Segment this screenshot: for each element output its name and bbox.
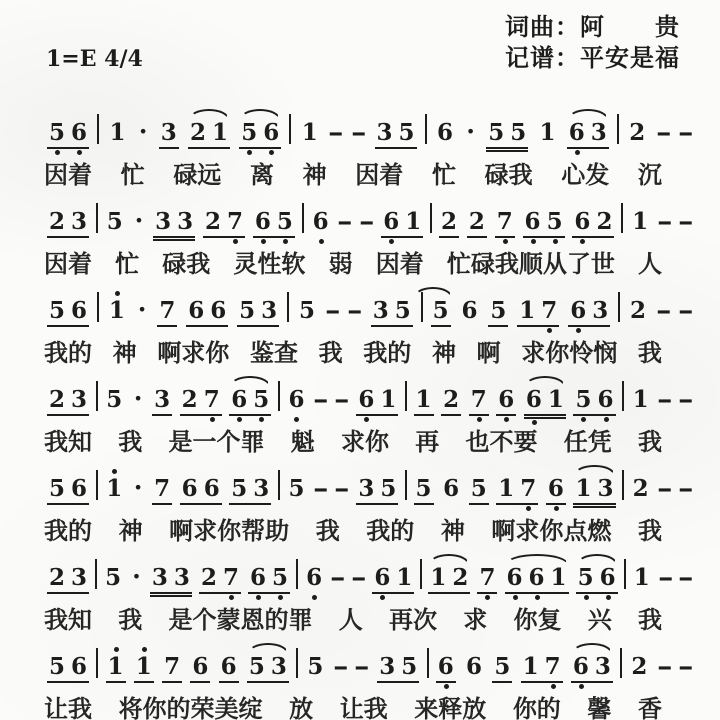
- note-digit: 6: [285, 388, 307, 411]
- note-group: 2: [440, 388, 462, 411]
- lyric-chunk: 你复: [514, 600, 562, 635]
- augmentation-dot: ·: [135, 297, 150, 322]
- note-group: 1: [103, 477, 125, 500]
- barline: [420, 559, 422, 589]
- note-digit: 5: [485, 121, 507, 144]
- note-group: 56: [46, 655, 90, 678]
- barline: [617, 114, 619, 144]
- note-group-slur: 61: [523, 388, 567, 411]
- note-digit: 1: [516, 299, 538, 322]
- note-digit: 5: [392, 299, 414, 322]
- note-group: -: [325, 299, 341, 322]
- note-digit: 2: [202, 210, 224, 233]
- note-digit: 3: [258, 299, 280, 322]
- note-group: 2: [627, 299, 649, 322]
- lyric-chunk: 香: [638, 689, 662, 720]
- note-group: 3: [158, 121, 180, 144]
- note-group: -: [334, 477, 350, 500]
- note-group: 61: [371, 566, 415, 589]
- note-group: 7: [151, 477, 173, 500]
- note-group: -: [328, 121, 344, 144]
- note-digit: 5: [46, 121, 68, 144]
- note-group-slur: 65: [228, 388, 272, 411]
- lyric-chunk: 任凭: [564, 422, 612, 457]
- note-digit: 6: [380, 210, 402, 233]
- lyric-chunk: 碌我: [162, 244, 210, 279]
- note-group: -: [313, 477, 329, 500]
- duration-dash: -: [673, 477, 699, 500]
- note-group: 56: [46, 299, 90, 322]
- note-digit: 2: [198, 566, 220, 589]
- music-system: 235·3327656--6122765621--因着忙碌我灵性软弱因着忙碌我顺…: [0, 183, 720, 272]
- lyric-chunk: 沉: [638, 155, 662, 190]
- note-digit: 5: [377, 477, 399, 500]
- note-digit: 1: [629, 210, 651, 233]
- lyric-chunk: 是一个罪: [169, 422, 265, 457]
- note-group: 2: [438, 210, 460, 233]
- lyric-chunk: 碌远: [173, 155, 221, 190]
- note-digit: 5: [104, 210, 126, 233]
- barline: [618, 292, 620, 322]
- note-group: ·: [131, 386, 146, 411]
- note-digit: 6: [68, 121, 90, 144]
- key-time-signature: 1=E 4/4: [46, 46, 143, 72]
- credits-transcriber: 记谱：平安是福: [505, 43, 680, 74]
- lyric-chunk: 再次: [389, 600, 437, 635]
- lyric-chunk: 忙: [121, 155, 145, 190]
- barline: [302, 203, 304, 233]
- note-digit: 1: [402, 210, 424, 233]
- note-digit: 6: [260, 121, 282, 144]
- note-group: -: [678, 477, 694, 500]
- note-group: 17: [516, 299, 560, 322]
- barline: [97, 114, 99, 144]
- duration-dash: -: [342, 299, 368, 322]
- note-digit: 6: [463, 655, 485, 678]
- duration-dash: -: [673, 121, 699, 144]
- note-group: 2: [626, 121, 648, 144]
- note-group: ·: [135, 297, 150, 322]
- note-digit: 6: [228, 388, 250, 411]
- duration-dash: -: [673, 566, 699, 589]
- note-group: -: [658, 566, 674, 589]
- lyric-chunk: 我: [638, 511, 662, 546]
- note-group: 6: [545, 477, 567, 500]
- notation-line: 5611766535--3566517632--: [0, 628, 720, 678]
- note-digit: 7: [201, 388, 223, 411]
- note-digit: 6: [522, 210, 544, 233]
- note-group: -: [334, 388, 350, 411]
- note-digit: 2: [179, 388, 201, 411]
- note-group: 35: [376, 655, 420, 678]
- lyric-chunk: 是个蒙恩的罪: [169, 600, 313, 635]
- note-digit: 6: [435, 655, 457, 678]
- note-group: -: [657, 655, 673, 678]
- note-digit: 6: [355, 388, 377, 411]
- note-digit: 7: [538, 299, 560, 322]
- note-digit: 7: [542, 655, 564, 678]
- note-digit: 5: [236, 299, 258, 322]
- note-group: 5: [304, 655, 326, 678]
- note-digit: 3: [589, 299, 611, 322]
- note-digit: 2: [466, 210, 488, 233]
- lyric-chunk: 离: [250, 155, 274, 190]
- lyric-chunk: 我知: [44, 422, 92, 457]
- note-digit: 2: [46, 210, 68, 233]
- lyric-chunk: 求: [463, 600, 487, 635]
- note-digit: 6: [68, 299, 90, 322]
- lyric-chunk: 我的: [44, 511, 92, 546]
- note-group: 17: [520, 655, 564, 678]
- barline: [96, 470, 98, 500]
- note-digit: 2: [627, 299, 649, 322]
- note-digit: 1: [106, 299, 128, 322]
- note-digit: 5: [238, 121, 260, 144]
- note-group: 1: [133, 655, 155, 678]
- note-digit: 6: [571, 210, 593, 233]
- notation-line: 235·3327656--61127661561--: [0, 539, 720, 589]
- credits-composer: 词曲：阿 贵: [505, 12, 680, 43]
- note-digit: 6: [371, 566, 393, 589]
- note-digit: 7: [151, 477, 173, 500]
- note-group: 1: [106, 299, 128, 322]
- lyric-chunk: 啊求你点燃: [491, 511, 611, 546]
- note-group: ·: [132, 208, 147, 233]
- note-group: 66: [185, 299, 229, 322]
- score: 561·321561--356·551632--因着忙碌远离神因着忙碌我心发沉2…: [0, 94, 720, 717]
- note-group: -: [354, 655, 370, 678]
- lyric-chunk: 人: [339, 600, 363, 635]
- note-digit: 5: [250, 388, 272, 411]
- note-digit: 3: [376, 655, 398, 678]
- note-digit: 3: [595, 477, 617, 500]
- note-group: 1: [537, 121, 559, 144]
- note-group: 6: [285, 388, 307, 411]
- lyric-chunk: 我: [118, 600, 142, 635]
- note-digit: 1: [545, 388, 567, 411]
- barline: [296, 648, 298, 678]
- note-digit: 5: [285, 477, 307, 500]
- note-group: 5: [103, 388, 125, 411]
- duration-dash: -: [329, 388, 355, 411]
- note-digit: 6: [567, 299, 589, 322]
- duration-dash: -: [673, 388, 699, 411]
- note-digit: 1: [299, 121, 321, 144]
- note-group: 5: [413, 477, 435, 500]
- lyric-chunk: 忙: [115, 244, 139, 279]
- note-digit: 3: [68, 566, 90, 589]
- note-group: 1: [631, 566, 653, 589]
- note-digit: 1: [630, 388, 652, 411]
- note-digit: 2: [440, 388, 462, 411]
- note-digit: 6: [434, 121, 456, 144]
- augmentation-dot: ·: [131, 475, 146, 500]
- note-digit: 3: [374, 121, 396, 144]
- notation-line: 561·766535--3556517632--: [0, 272, 720, 322]
- note-digit: 1: [537, 121, 559, 144]
- note-digit: 3: [592, 655, 614, 678]
- duration-dash: -: [349, 655, 375, 678]
- note-group: -: [313, 388, 329, 411]
- barline: [96, 203, 98, 233]
- note-group: 53: [236, 299, 280, 322]
- note-group: -: [656, 299, 672, 322]
- note-digit: 2: [593, 210, 615, 233]
- lyric-chunk: 神: [441, 511, 465, 546]
- lyric-chunk: 啊: [477, 333, 501, 368]
- note-group: ·: [136, 119, 151, 144]
- lyric-chunk: 我的: [44, 333, 92, 368]
- duration-dash: -: [353, 210, 379, 233]
- note-group: 5: [285, 477, 307, 500]
- note-group: -: [657, 388, 673, 411]
- note-digit: 1: [103, 477, 125, 500]
- note-digit: 7: [468, 388, 490, 411]
- note-digit: 5: [413, 477, 435, 500]
- lyric-chunk: 我的: [366, 511, 414, 546]
- note-digit: 6: [458, 299, 480, 322]
- note-digit: 6: [189, 655, 211, 678]
- note-group: 5: [491, 655, 513, 678]
- note-group: -: [359, 210, 375, 233]
- note-digit: 3: [68, 388, 90, 411]
- barline: [620, 648, 622, 678]
- lyric-chunk: 啊求你帮助: [169, 511, 289, 546]
- barline: [427, 648, 429, 678]
- note-digit: 5: [46, 655, 68, 678]
- lyric-chunk: 你的: [513, 689, 561, 720]
- note-group: 1: [413, 388, 435, 411]
- duration-dash: -: [673, 210, 699, 233]
- note-digit: 1: [520, 655, 542, 678]
- lyric-chunk: 再: [415, 422, 439, 457]
- note-digit: 6: [207, 299, 229, 322]
- note-group-slur: 661: [504, 566, 570, 589]
- lyric-chunk: 馨: [587, 689, 611, 720]
- barline: [405, 470, 407, 500]
- note-digit: 6: [68, 655, 90, 678]
- note-digit: 5: [507, 121, 529, 144]
- note-group: 5: [468, 477, 490, 500]
- note-digit: 2: [449, 566, 471, 589]
- note-digit: 5: [102, 566, 124, 589]
- note-digit: 7: [156, 299, 178, 322]
- credits-block: 词曲：阿 贵 记谱：平安是福: [505, 12, 680, 74]
- barline: [95, 559, 97, 589]
- lyrics-line: 让我将你的荣美绽放让我来释放你的馨香: [0, 678, 720, 720]
- lyric-chunk: 因着: [355, 155, 403, 190]
- note-digit: 6: [68, 477, 90, 500]
- note-digit: 5: [269, 566, 291, 589]
- note-digit: 1: [548, 566, 570, 589]
- note-digit: 3: [149, 566, 171, 589]
- note-group: 7: [468, 388, 490, 411]
- lyric-chunk: 因着: [44, 244, 92, 279]
- note-digit: 5: [46, 299, 68, 322]
- music-system: 561·766535--35565176132--我的神啊求你帮助我我的神啊求你…: [0, 450, 720, 539]
- barline: [278, 381, 280, 411]
- note-group: 61: [355, 388, 399, 411]
- note-group: -: [333, 655, 349, 678]
- note-group: 7: [494, 210, 516, 233]
- barline: [624, 559, 626, 589]
- note-group: -: [678, 655, 694, 678]
- note-digit: 6: [218, 655, 240, 678]
- note-digit: 7: [220, 566, 242, 589]
- note-digit: 6: [201, 477, 223, 500]
- note-group: 23: [46, 388, 90, 411]
- lyric-chunk: 忙: [432, 155, 456, 190]
- note-digit: 2: [438, 210, 460, 233]
- notation-line: 235·3327656--6122765621--: [0, 183, 720, 233]
- note-group: 35: [374, 121, 418, 144]
- note-group-slur: 56: [238, 121, 282, 144]
- note-group: -: [351, 566, 367, 589]
- lyric-chunk: 也不要: [466, 422, 538, 457]
- note-digit: 3: [250, 477, 272, 500]
- lyric-chunk: 来释放: [414, 689, 486, 720]
- note-digit: 5: [246, 655, 268, 678]
- note-digit: 1: [209, 121, 231, 144]
- note-group: 5: [296, 299, 318, 322]
- lyric-chunk: 啊求你: [157, 333, 229, 368]
- lyric-chunk: 弱: [329, 244, 353, 279]
- note-group: -: [678, 210, 694, 233]
- lyric-chunk: 我: [638, 600, 662, 635]
- note-digit: 3: [171, 566, 193, 589]
- note-group: -: [337, 210, 353, 233]
- note-group: 7: [156, 299, 178, 322]
- note-digit: 6: [252, 210, 274, 233]
- note-digit: 1: [105, 655, 127, 678]
- note-group-slur: 63: [566, 121, 610, 144]
- note-group-slur: 63: [570, 655, 614, 678]
- lyric-chunk: 我: [638, 333, 662, 368]
- note-group: 2: [466, 210, 488, 233]
- note-group: 65: [522, 210, 566, 233]
- note-digit: 5: [103, 388, 125, 411]
- barline: [296, 559, 298, 589]
- note-group: 6: [189, 655, 211, 678]
- note-group: 35: [355, 477, 399, 500]
- note-group: 2: [628, 655, 650, 678]
- lyric-chunk: 人: [638, 244, 662, 279]
- duration-dash: -: [673, 655, 699, 678]
- note-digit: 3: [588, 121, 610, 144]
- note-digit: 2: [187, 121, 209, 144]
- lyric-chunk: 神: [303, 155, 327, 190]
- note-group: 5: [487, 299, 509, 322]
- barline: [96, 648, 98, 678]
- duration-dash: -: [345, 566, 371, 589]
- note-digit: 5: [274, 210, 296, 233]
- note-digit: 6: [247, 566, 269, 589]
- note-digit: 1: [377, 388, 399, 411]
- note-group: -: [678, 566, 694, 589]
- lyric-chunk: 鉴查: [250, 333, 298, 368]
- note-digit: 6: [504, 566, 526, 589]
- lyric-chunk: 魁: [291, 422, 315, 457]
- note-digit: 6: [303, 566, 325, 589]
- music-system: 235·327656--61127661561--我知我是一个罪魁求你再也不要任…: [0, 361, 720, 450]
- note-digit: 3: [152, 210, 174, 233]
- lyric-chunk: 我: [638, 422, 662, 457]
- note-group: -: [656, 121, 672, 144]
- lyric-chunk: 因着: [376, 244, 424, 279]
- barline: [622, 381, 624, 411]
- note-group: 56: [46, 477, 90, 500]
- note-digit: 3: [174, 210, 196, 233]
- note-group: 6: [303, 566, 325, 589]
- note-group: ·: [131, 475, 146, 500]
- duration-dash: -: [673, 299, 699, 322]
- barline: [289, 114, 291, 144]
- note-group: 1: [107, 121, 129, 144]
- note-digit: 6: [495, 388, 517, 411]
- note-digit: 2: [628, 655, 650, 678]
- note-digit: 3: [268, 655, 290, 678]
- note-group: -: [347, 299, 363, 322]
- note-digit: 6: [597, 566, 619, 589]
- lyric-chunk: 求你: [341, 422, 389, 457]
- note-digit: 1: [393, 566, 415, 589]
- note-group-slur: 13: [572, 477, 616, 500]
- note-digit: 6: [523, 388, 545, 411]
- note-group: 5: [102, 566, 124, 589]
- note-digit: 3: [355, 477, 377, 500]
- barline: [621, 203, 623, 233]
- notation-line: 235·327656--61127661561--: [0, 361, 720, 411]
- note-digit: 5: [572, 388, 594, 411]
- note-group: 7: [161, 655, 183, 678]
- note-digit: 7: [476, 566, 498, 589]
- note-group: 63: [567, 299, 611, 322]
- note-digit: 7: [494, 210, 516, 233]
- notation-line: 561·766535--35565176132--: [0, 450, 720, 500]
- note-group-slur: 21: [187, 121, 231, 144]
- note-group: 6: [310, 210, 332, 233]
- note-digit: 5: [487, 299, 509, 322]
- note-digit: 1: [413, 388, 435, 411]
- note-digit: 6: [179, 477, 201, 500]
- barline: [430, 203, 432, 233]
- barline: [405, 381, 407, 411]
- notation-line: 561·321561--356·551632--: [0, 94, 720, 144]
- note-group: 65: [252, 210, 296, 233]
- note-group: 35: [370, 299, 414, 322]
- note-digit: 2: [46, 566, 68, 589]
- music-system: 235·3327656--61127661561--我知我是个蒙恩的罪人再次求你…: [0, 539, 720, 628]
- note-digit: 1: [133, 655, 155, 678]
- lyric-chunk: 我: [319, 333, 343, 368]
- note-group: 17: [495, 477, 539, 500]
- sheet-music-page: { "header": { "credits_line1": "词曲：阿 贵",…: [0, 0, 720, 720]
- note-digit: 6: [566, 121, 588, 144]
- note-digit: 6: [185, 299, 207, 322]
- lyric-chunk: 碌我: [485, 155, 533, 190]
- note-group: 66: [179, 477, 223, 500]
- note-group: 33: [149, 566, 193, 589]
- note-group: 27: [198, 566, 242, 589]
- note-group: 1: [299, 121, 321, 144]
- note-group: -: [678, 299, 694, 322]
- lyric-chunk: 忙碌我顺从了世: [447, 244, 615, 279]
- duration-dash: -: [329, 477, 355, 500]
- note-digit: 5: [46, 477, 68, 500]
- augmentation-dot: ·: [136, 119, 151, 144]
- barline: [278, 470, 280, 500]
- note-digit: 5: [468, 477, 490, 500]
